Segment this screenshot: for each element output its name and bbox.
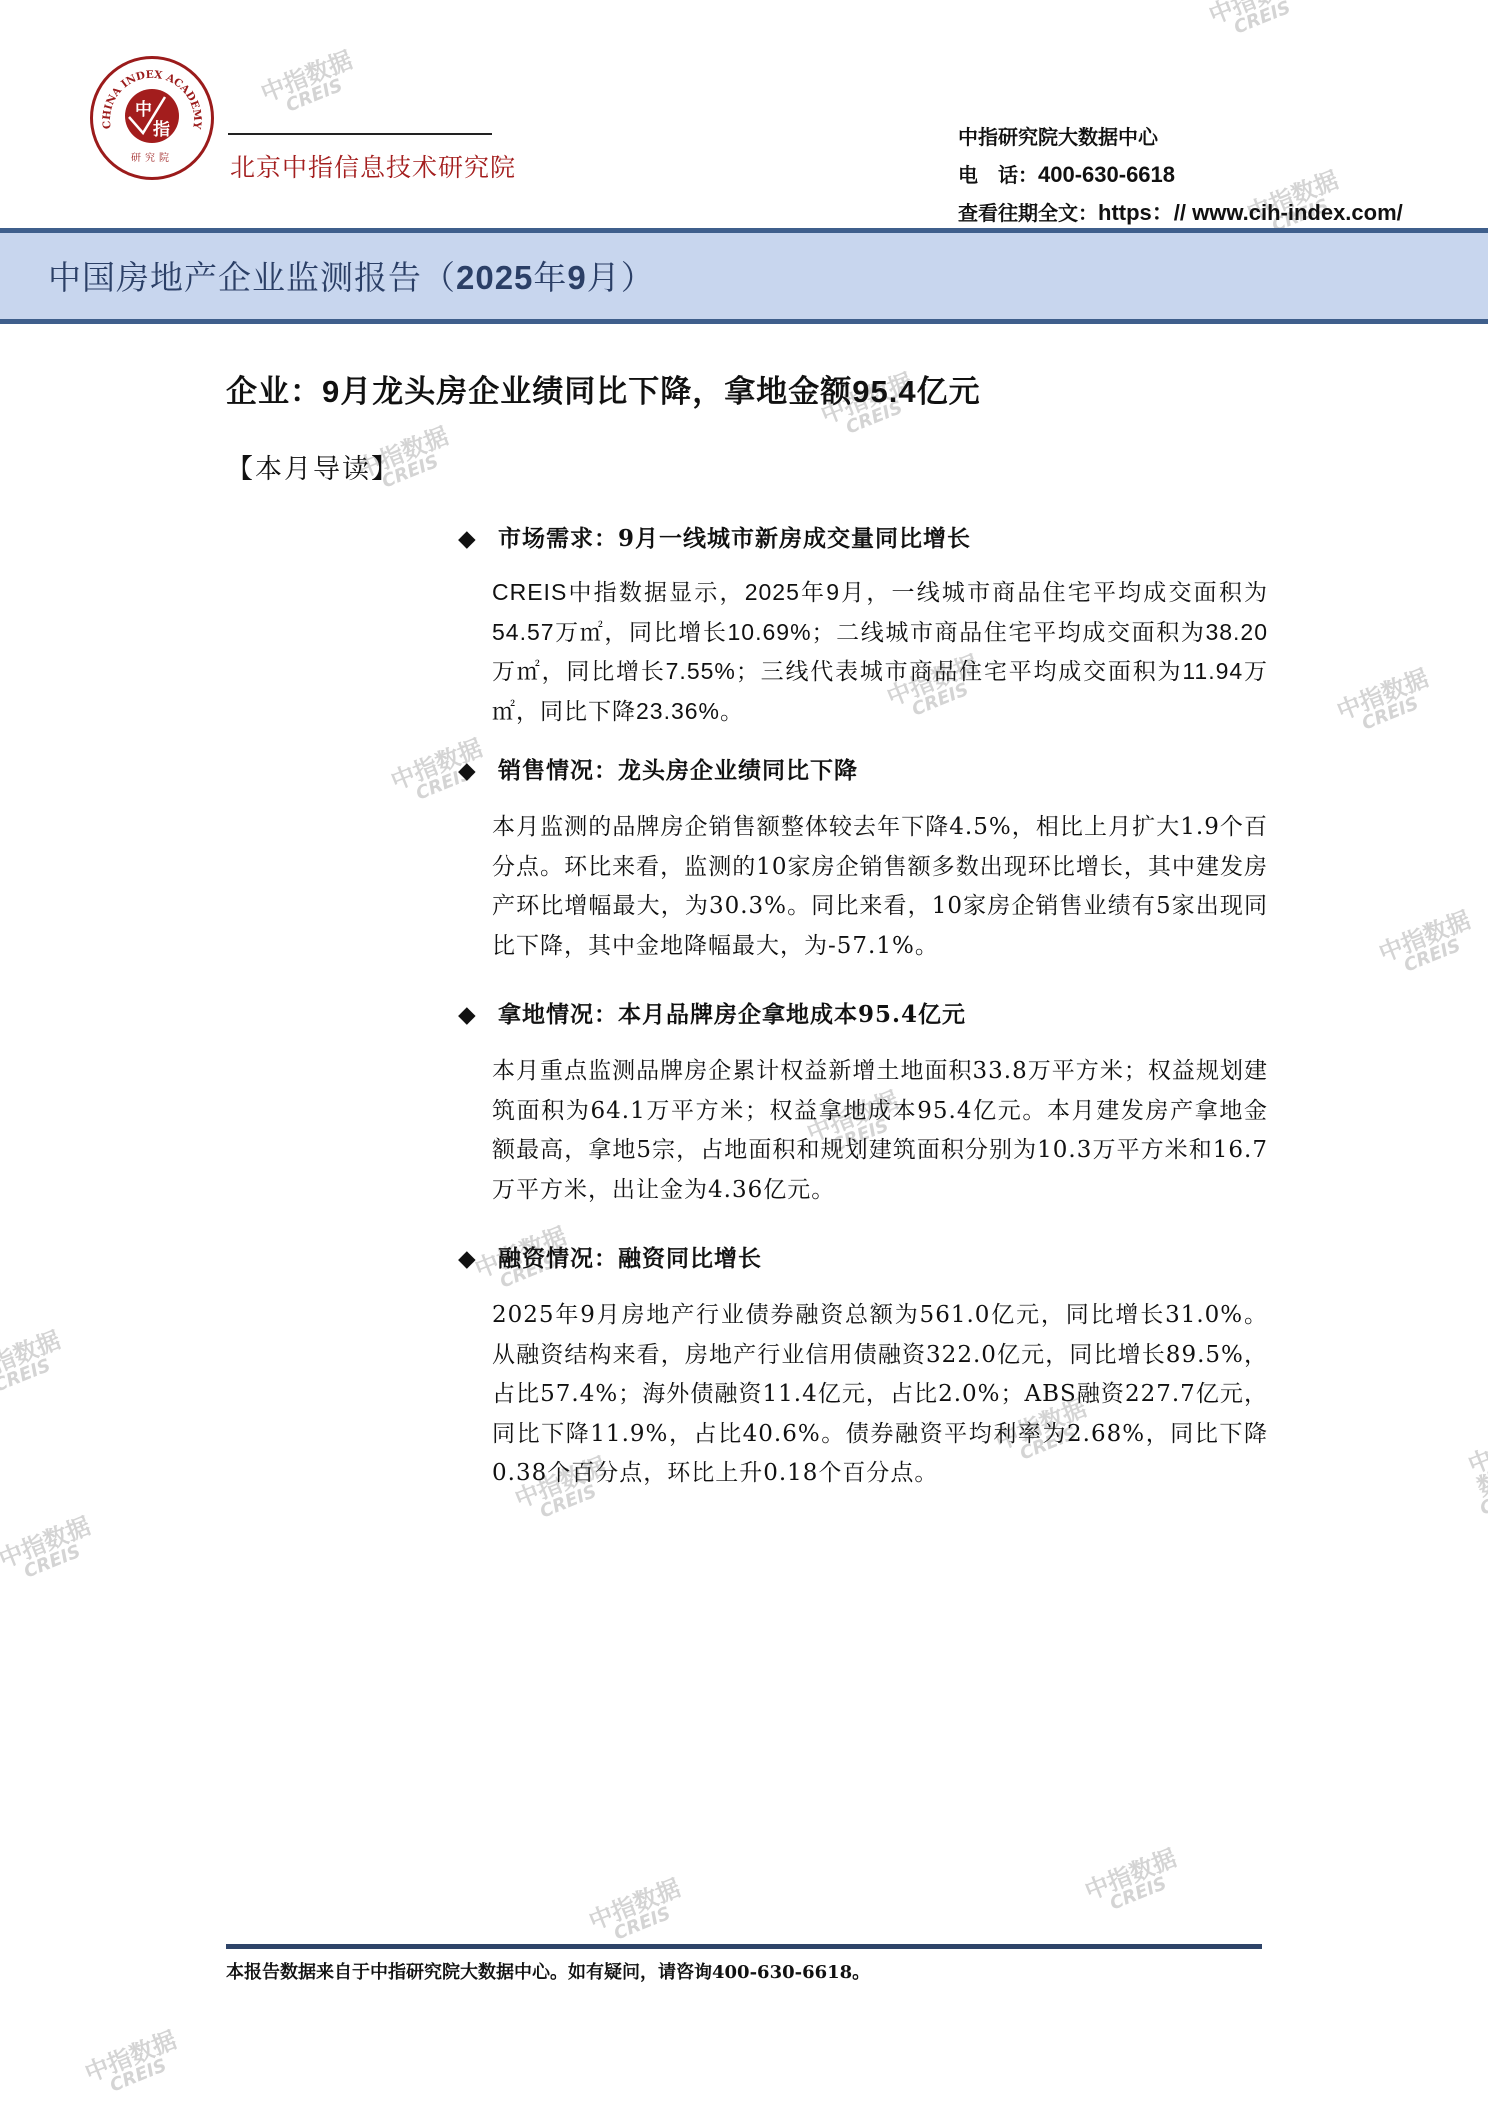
watermark: 中指数据CREIS <box>1334 666 1439 741</box>
section-body-sales: 本月监测的品牌房企销售额整体较去年下降4.5%，相比上月扩大1.9个百分点。环比… <box>492 808 1268 966</box>
header-divider <box>228 133 492 135</box>
archive-label: 查看往期全文： <box>958 201 1098 225</box>
contact-block: 中指研究院大数据中心 电 话：400-630-6618 查看往期全文：https… <box>958 118 1403 232</box>
watermark: 中指数据CREIS <box>1376 908 1481 983</box>
data-center-name: 中指研究院大数据中心 <box>958 118 1403 156</box>
page-headline: 企业：9月龙头房企业绩同比下降，拿地金额95.4亿元 <box>226 366 981 411</box>
section-heading-land-acquisition: ◆拿地情况：本月品牌房企拿地成本95.4亿元 <box>458 996 966 1029</box>
watermark: 中指数据CREIS <box>258 48 363 123</box>
archive-line: 查看往期全文：https：// www.cih-index.com/ <box>958 194 1403 232</box>
watermark: 中指数据CREIS <box>1206 0 1311 44</box>
archive-link[interactable]: https：// www.cih-index.com/ <box>1098 200 1403 225</box>
watermark: 中指数据CREIS <box>0 1514 100 1589</box>
phone-line: 电 话：400-630-6618 <box>958 156 1403 194</box>
svg-text:中: 中 <box>135 99 152 120</box>
section-heading-financing: ◆融资情况：融资同比增长 <box>458 1240 762 1273</box>
section-heading-sales: ◆销售情况：龙头房企业绩同比下降 <box>458 752 858 785</box>
section-body-market-demand: CREIS中指数据显示，2025年9月，一线城市商品住宅平均成交面积为54.57… <box>492 573 1268 731</box>
monthly-guide-label: 【本月导读】 <box>226 447 400 486</box>
watermark: 中指数据CREIS <box>586 1876 691 1951</box>
org-name: 北京中指信息技术研究院 <box>230 148 516 184</box>
footer-note: 本报告数据来自于中指研究院大数据中心。如有疑问，请咨询400-630-6618。 <box>226 1958 870 1984</box>
watermark: 中指数据CREIS <box>0 1328 70 1403</box>
section-heading-market-demand: ◆市场需求：9月一线城市新房成交量同比增长 <box>458 520 971 553</box>
phone-number: 400-630-6618 <box>1038 162 1175 187</box>
svg-text:研究院: 研究院 <box>131 151 173 164</box>
diamond-bullet-icon: ◆ <box>458 758 498 784</box>
footer-divider <box>226 1944 1262 1949</box>
china-index-academy-logo: CHINA INDEX ACADEMY 中 指 研究院 <box>90 56 214 180</box>
diamond-bullet-icon: ◆ <box>458 526 498 552</box>
section-body-financing: 2025年9月房地产行业债券融资总额为561.0亿元，同比增长31.0%。从融资… <box>492 1296 1268 1494</box>
diamond-bullet-icon: ◆ <box>458 1246 498 1272</box>
logo-emblem-icon: CHINA INDEX ACADEMY 中 指 研究院 <box>93 59 211 177</box>
watermark: 中指数据CREIS <box>82 2028 187 2103</box>
watermark: 中指数据CREIS <box>1082 1846 1187 1921</box>
phone-label: 电 话： <box>958 163 1038 187</box>
watermark: 中指数据CREIS <box>1460 1435 1488 1518</box>
report-title: 中国房地产企业监测报告（2025年9月） <box>48 252 655 299</box>
svg-text:指: 指 <box>153 119 170 140</box>
section-body-land-acquisition: 本月重点监测品牌房企累计权益新增土地面积33.8万平方米；权益规划建筑面积为64… <box>492 1052 1268 1210</box>
diamond-bullet-icon: ◆ <box>458 1002 498 1028</box>
